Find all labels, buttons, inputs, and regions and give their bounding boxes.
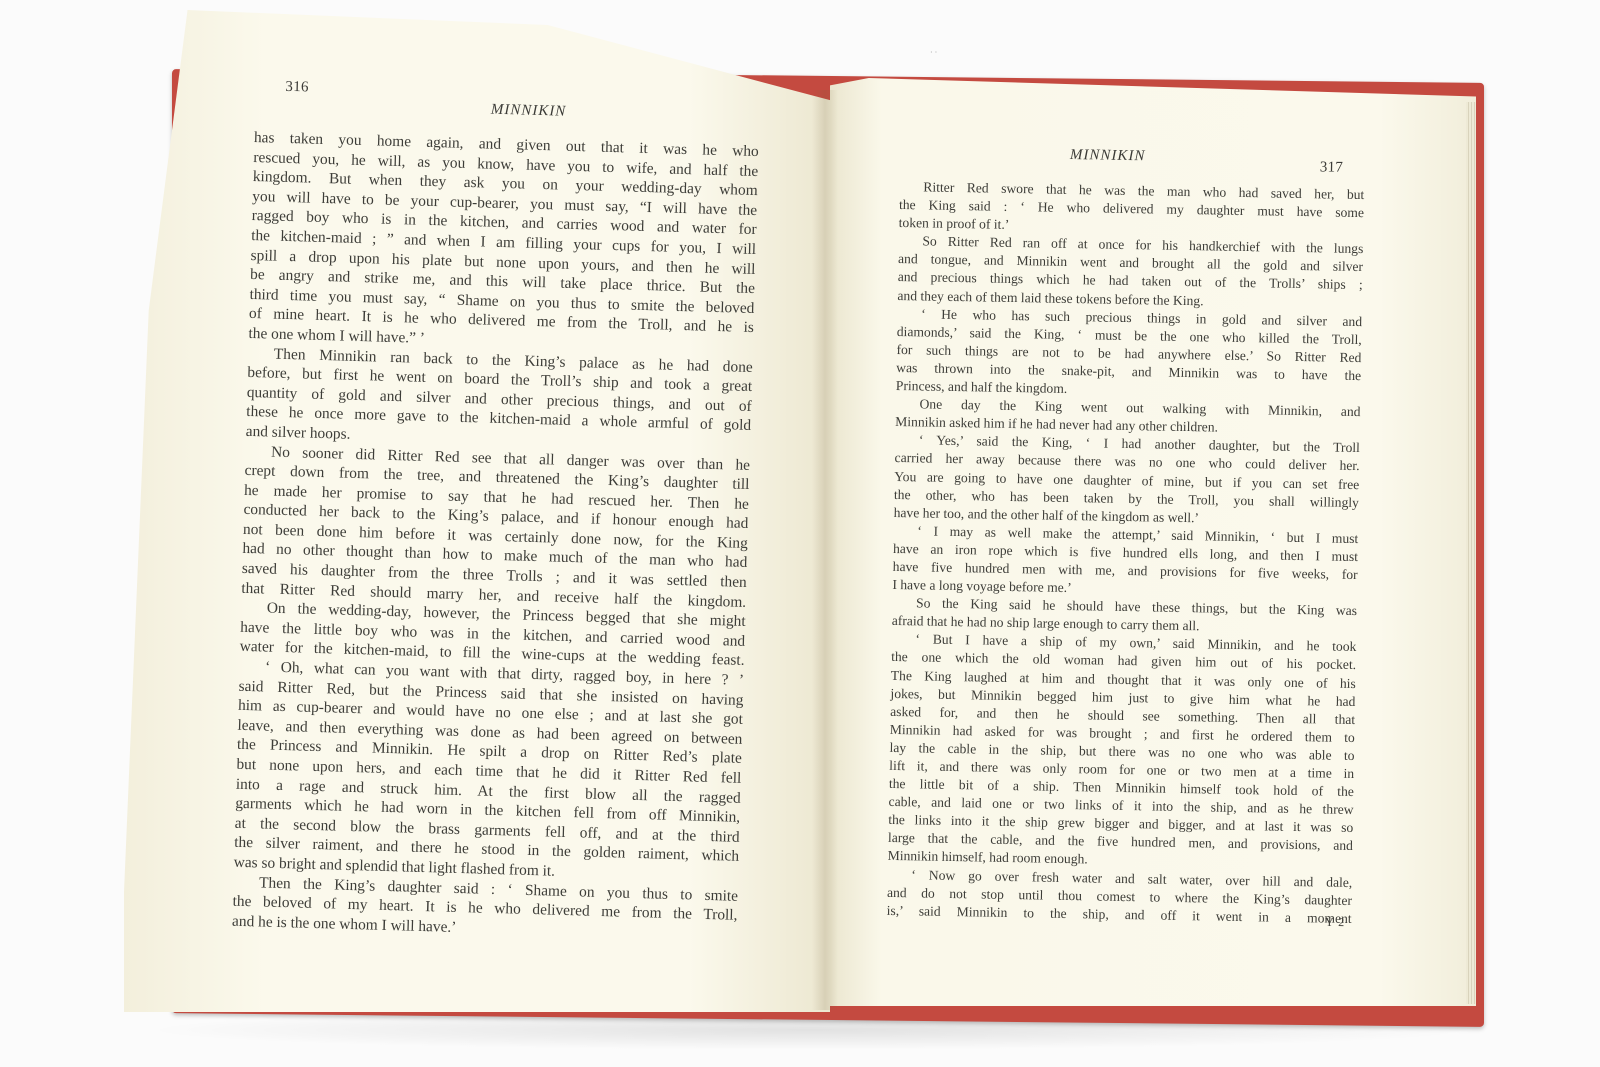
running-title-right: MINNIKIN <box>1070 147 1146 165</box>
book-gutter <box>812 90 838 1010</box>
right-page-text: MINNIKIN 317 Ritter Red swore that he wa… <box>887 150 1365 928</box>
right-body: Ritter Red swore that he was the man who… <box>887 178 1365 928</box>
page-number-left: 316 <box>285 79 309 97</box>
signature-mark: Y 2 <box>1325 915 1345 930</box>
running-title-left: MINNIKIN <box>491 102 567 121</box>
left-page-text: 316 MINNIKIN has taken you home again, a… <box>232 100 760 945</box>
left-body: has taken you home again, and given out … <box>232 128 759 945</box>
page-number-right: 317 <box>1320 159 1344 176</box>
page-fore-edge <box>1466 102 1476 1004</box>
dust-specks: · · <box>930 48 937 57</box>
open-book-photo: · · 316 MINNIKIN has taken you home agai… <box>0 0 1600 1067</box>
